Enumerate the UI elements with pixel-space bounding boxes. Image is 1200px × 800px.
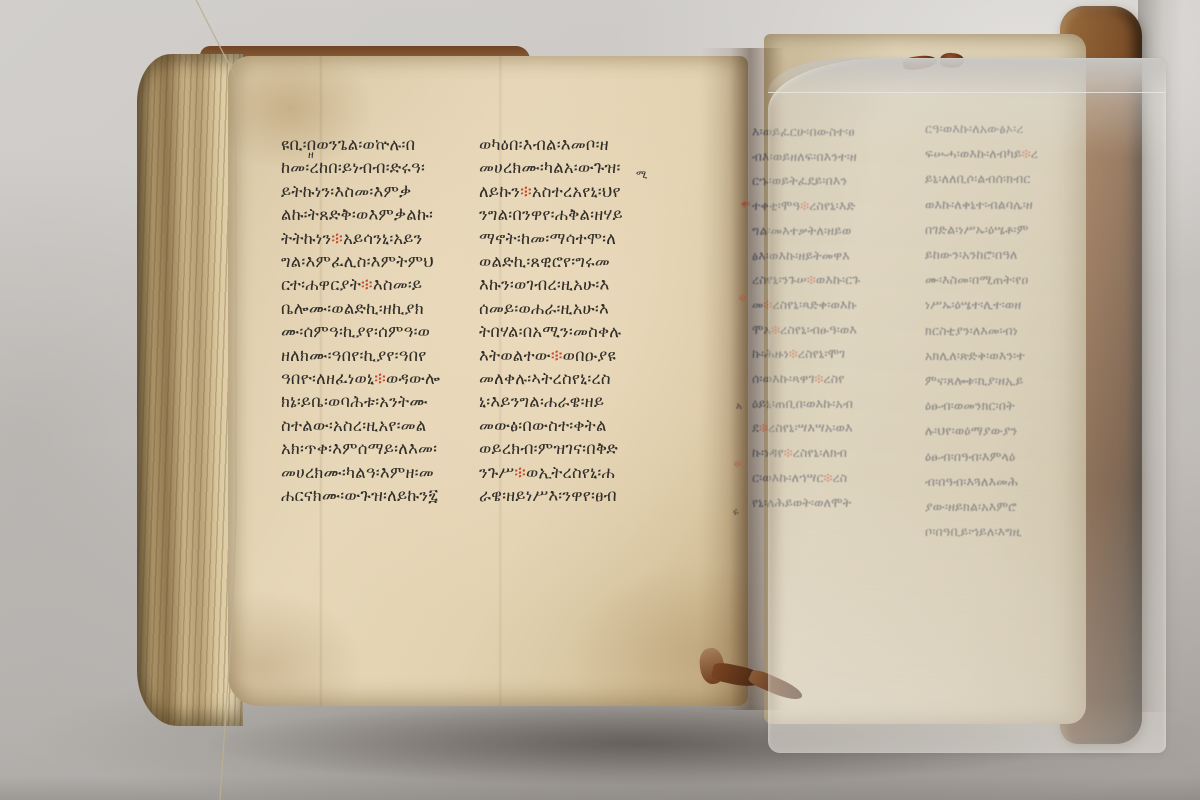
hanging-thread (0, 0, 1200, 800)
photo-of-open-manuscript: ዩቢ፡በወንጌል፡ወኵሉ፡በከመ፡ረከበ፡ይነብብ፡ድሩዓ፡ይትኩነን፡እስመ፡… (0, 0, 1200, 800)
